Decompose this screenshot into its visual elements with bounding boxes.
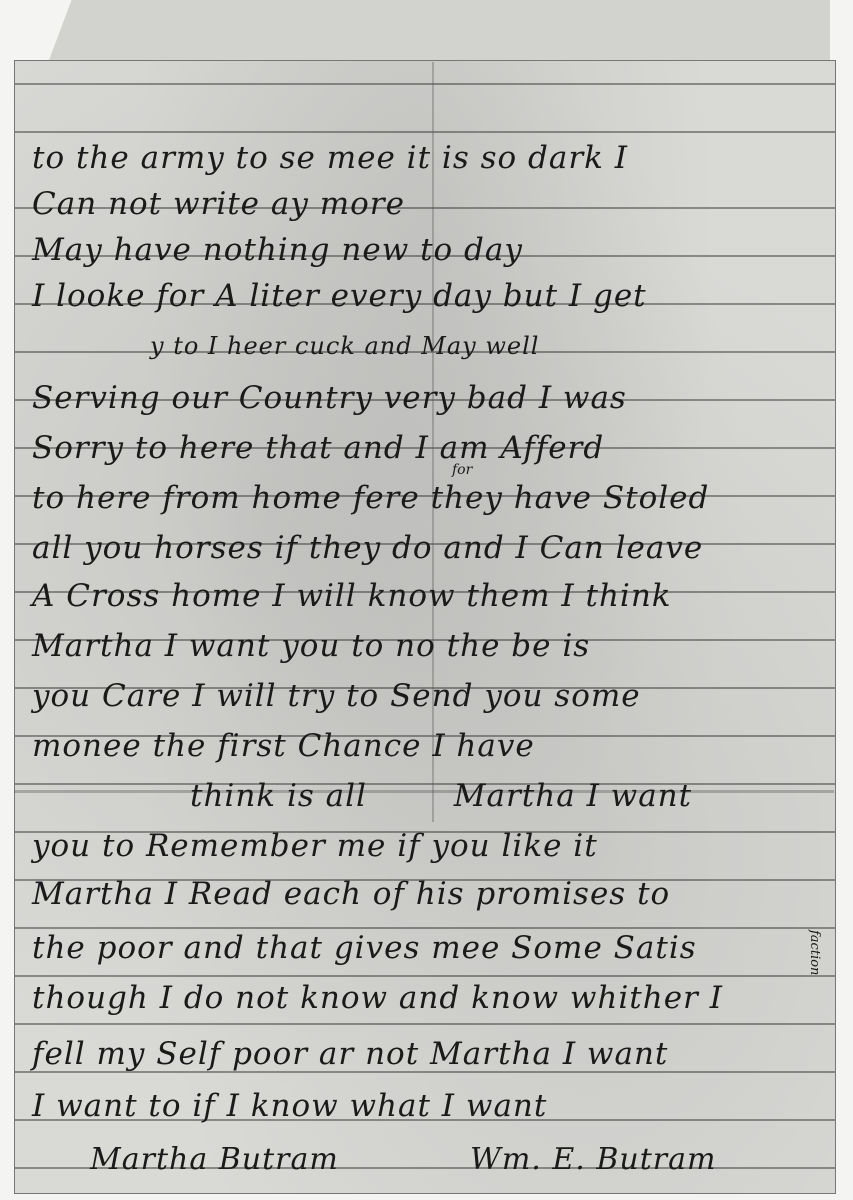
letter-line-11: Martha I want you to no the be is (32, 622, 822, 670)
letter-line-8: to here from home fere they have Stoled (32, 474, 822, 522)
letter-line-18: though I do not know and know whither I (32, 974, 822, 1022)
letter-line-10: A Cross home I will know them I think (32, 572, 822, 620)
letter-line-19: fell my Self poor ar not Martha I want (32, 1030, 822, 1078)
letter-line-2: Can not write ay more (32, 180, 822, 228)
letter-line-4: I looke for A liter every day but I get (32, 272, 822, 320)
envelope-flap (40, 0, 830, 63)
letter-line-9: all you horses if they do and I Can leav… (32, 524, 822, 572)
letter-line-5: y to I heer cuck and May well (150, 322, 853, 370)
letter-line-20: I want to if I know what I want (32, 1082, 822, 1130)
letter-line-16: Martha I Read each of his promises to (32, 870, 822, 918)
letter-line-14: think is all Martha I want (190, 772, 853, 820)
letter-line-12: you Care I will try to Send you some (32, 672, 822, 720)
letter-line-15: you to Remember me if you like it (32, 822, 822, 870)
letter-line-17: the poor and that gives mee Some Satis (32, 924, 822, 972)
letter-line-13: monee the first Chance I have (32, 722, 822, 770)
letter-line-1: to the army to se mee it is so dark I (32, 134, 822, 182)
letter-line-7: Sorry to here that and I am Afferd (32, 424, 822, 472)
letter-line-6: Serving our Country very bad I was (32, 374, 822, 422)
signature-wm: Wm. E. Butram (470, 1136, 800, 1184)
margin-note: faction (807, 930, 822, 975)
signature-martha: Martha Butram (90, 1136, 390, 1184)
letter-line-3: May have nothing new to day (32, 226, 822, 274)
